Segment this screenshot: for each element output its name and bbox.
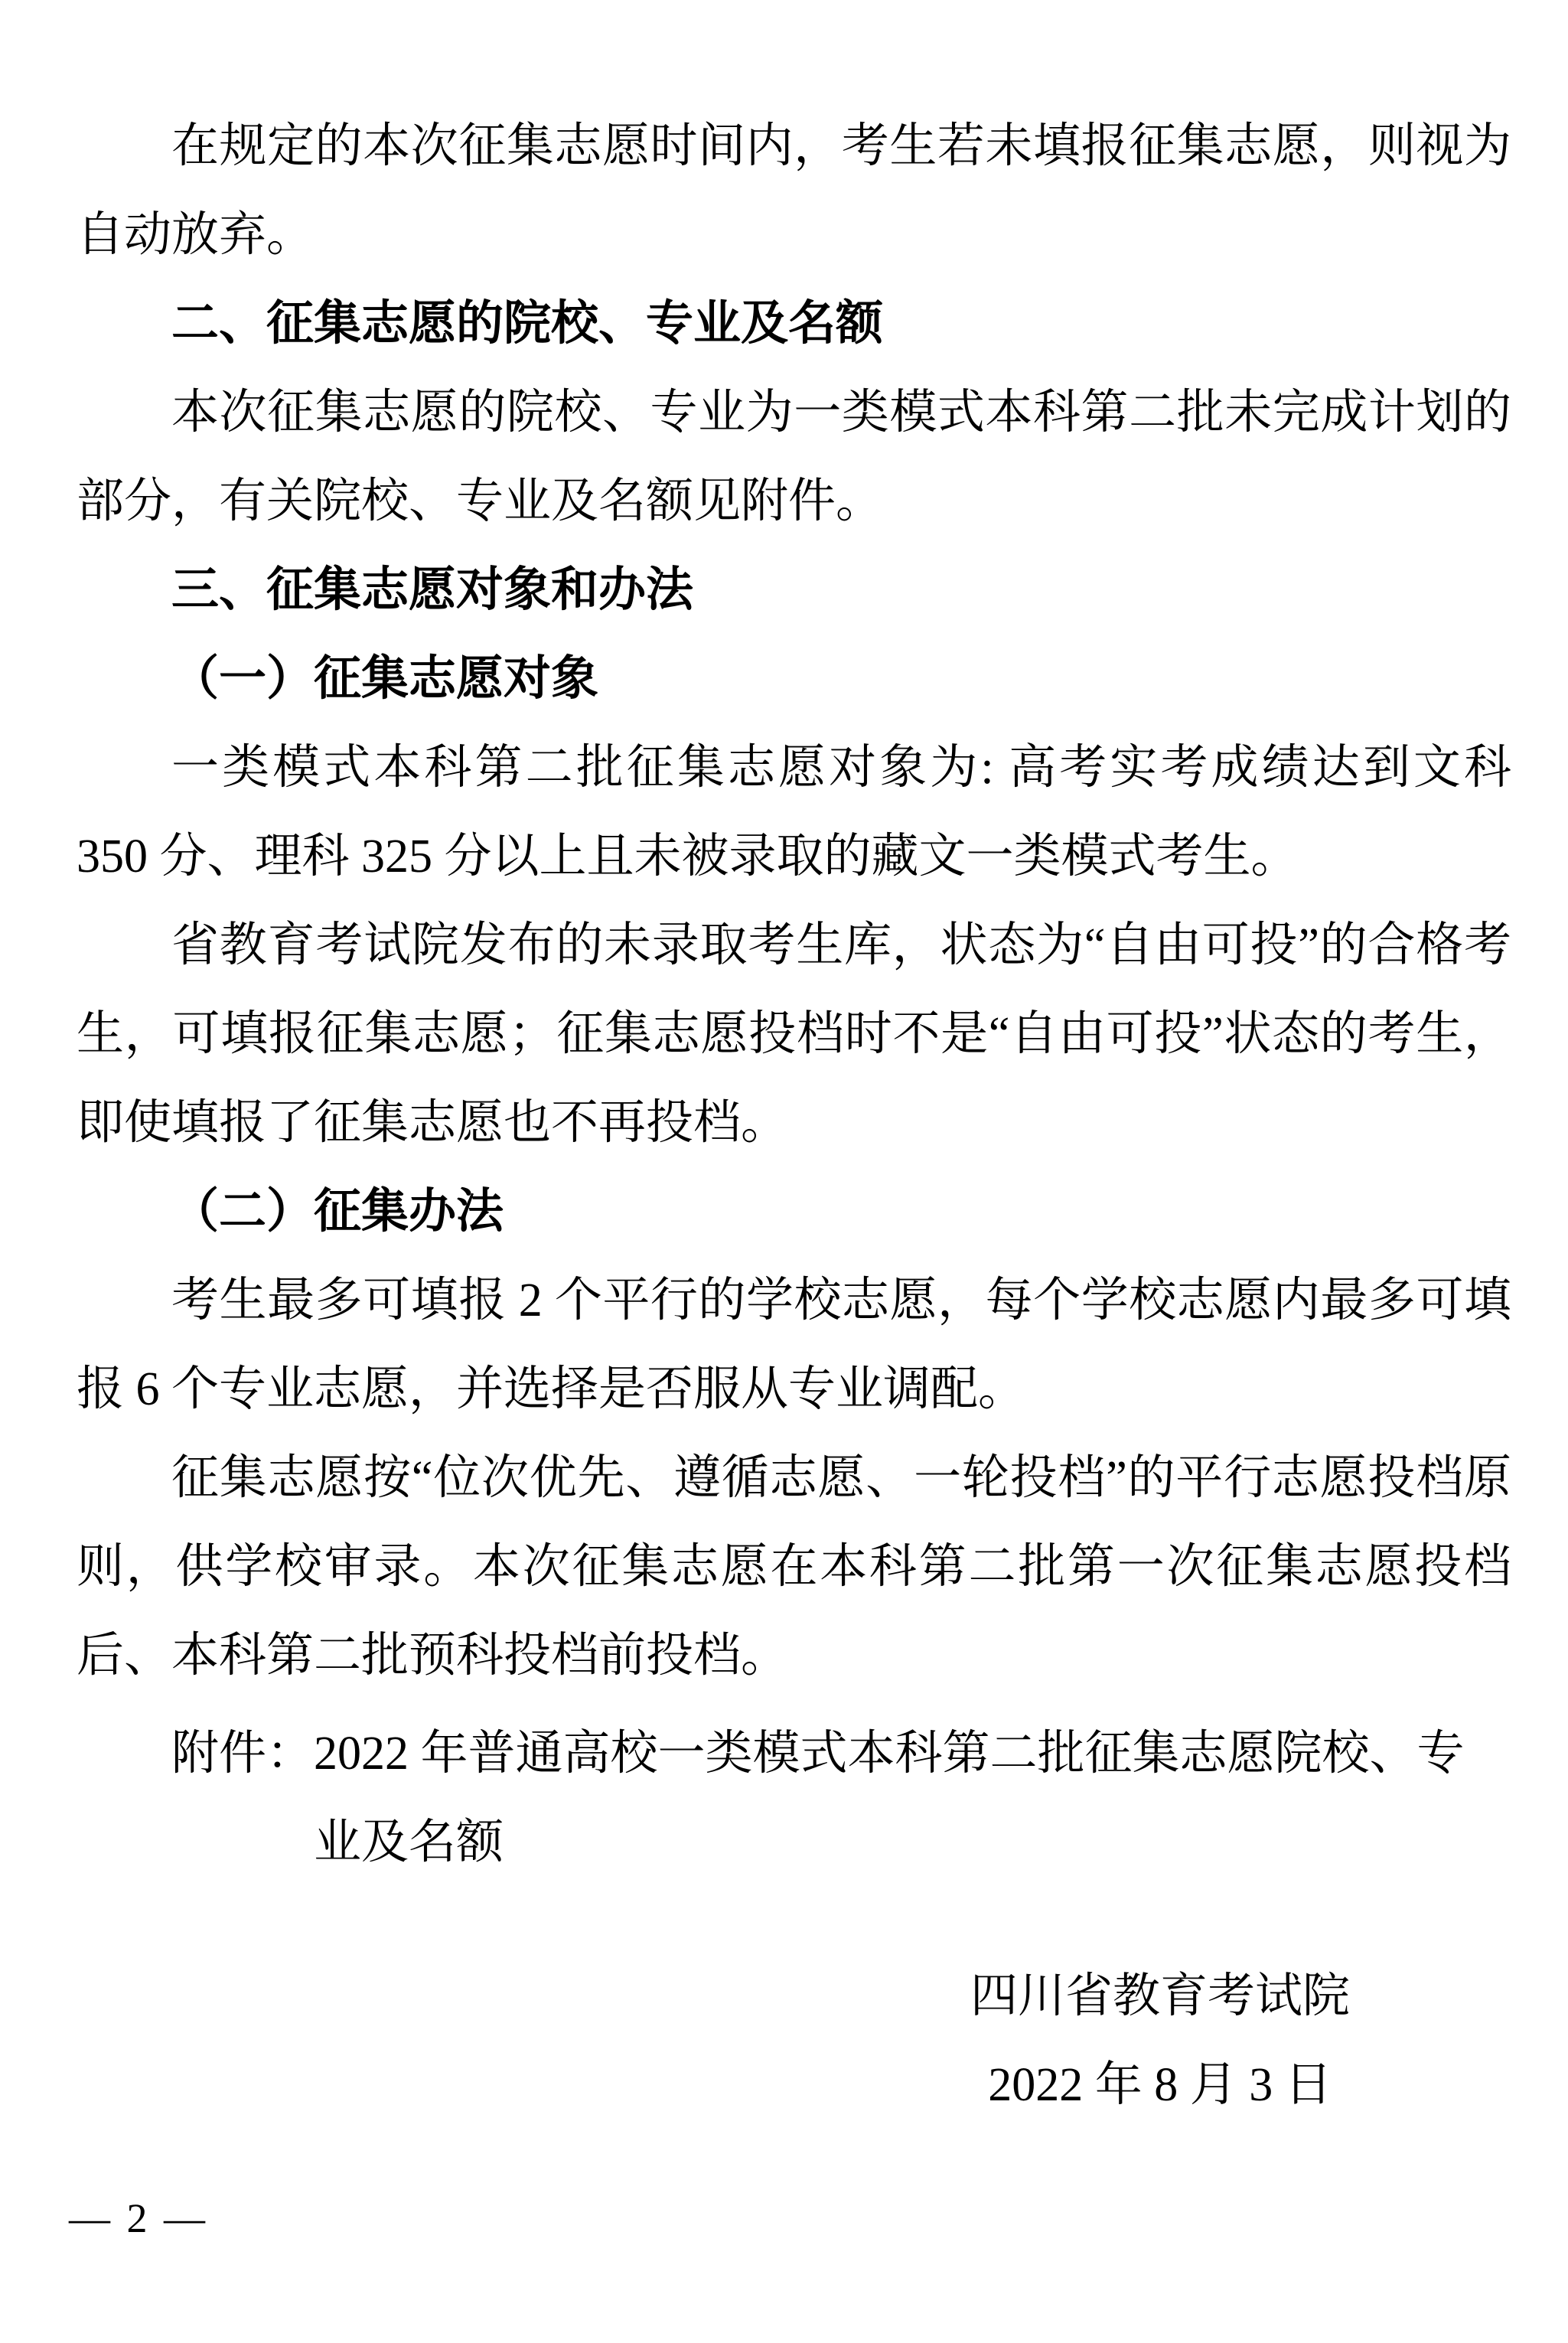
- heading-section-2: 二、征集志愿的院校、专业及名额: [77, 279, 1511, 368]
- page-number: — 2 —: [69, 2195, 208, 2241]
- document-page: 在规定的本次征集志愿时间内，考生若未填报征集志愿，则视为自动放弃。 二、征集志愿…: [0, 0, 1568, 2343]
- heading-section-3: 三、征集志愿对象和办法: [77, 546, 1511, 635]
- paragraph-volunteer-limits: 考生最多可填报 2 个平行的学校志愿，每个学校志愿内最多可填报 6 个专业志愿，…: [77, 1256, 1511, 1434]
- signature-organization: 四川省教育考试院: [970, 1952, 1350, 2041]
- subheading-method: （二）征集办法: [77, 1167, 1511, 1256]
- paragraph-score-requirement: 一类模式本科第二批征集志愿对象为: 高考实考成绩达到文科 350 分、理科 32…: [77, 723, 1511, 901]
- paragraph-free-to-submit-status: 省教育考试院发布的未录取考生库，状态为“自由可投”的合格考生，可填报征集志愿；征…: [77, 901, 1511, 1167]
- signature-date: 2022 年 8 月 3 日: [970, 2041, 1350, 2129]
- signature-block: 四川省教育考试院 2022 年 8 月 3 日: [970, 1952, 1350, 2129]
- subheading-target: （一）征集志愿对象: [77, 635, 1511, 723]
- paragraph-schools-majors: 本次征集志愿的院校、专业为一类模式本科第二批未完成计划的部分，有关院校、专业及名…: [77, 368, 1511, 546]
- paragraph-parallel-volunteer-rule: 征集志愿按“位次优先、遵循志愿、一轮投档”的平行志愿投档原则，供学校审录。本次征…: [77, 1434, 1511, 1700]
- paragraph-deadline-forfeit: 在规定的本次征集志愿时间内，考生若未填报征集志愿，则视为自动放弃。: [77, 102, 1511, 279]
- attachment-label: 附件：: [171, 1728, 314, 1780]
- attachment-title: 2022 年普通高校一类模式本科第二批征集志愿院校、专业及名额: [314, 1728, 1465, 1868]
- attachment-note: 附件：2022 年普通高校一类模式本科第二批征集志愿院校、专业及名额: [171, 1709, 1511, 1887]
- document-body: 在规定的本次征集志愿时间内，考生若未填报征集志愿，则视为自动放弃。 二、征集志愿…: [77, 102, 1511, 2129]
